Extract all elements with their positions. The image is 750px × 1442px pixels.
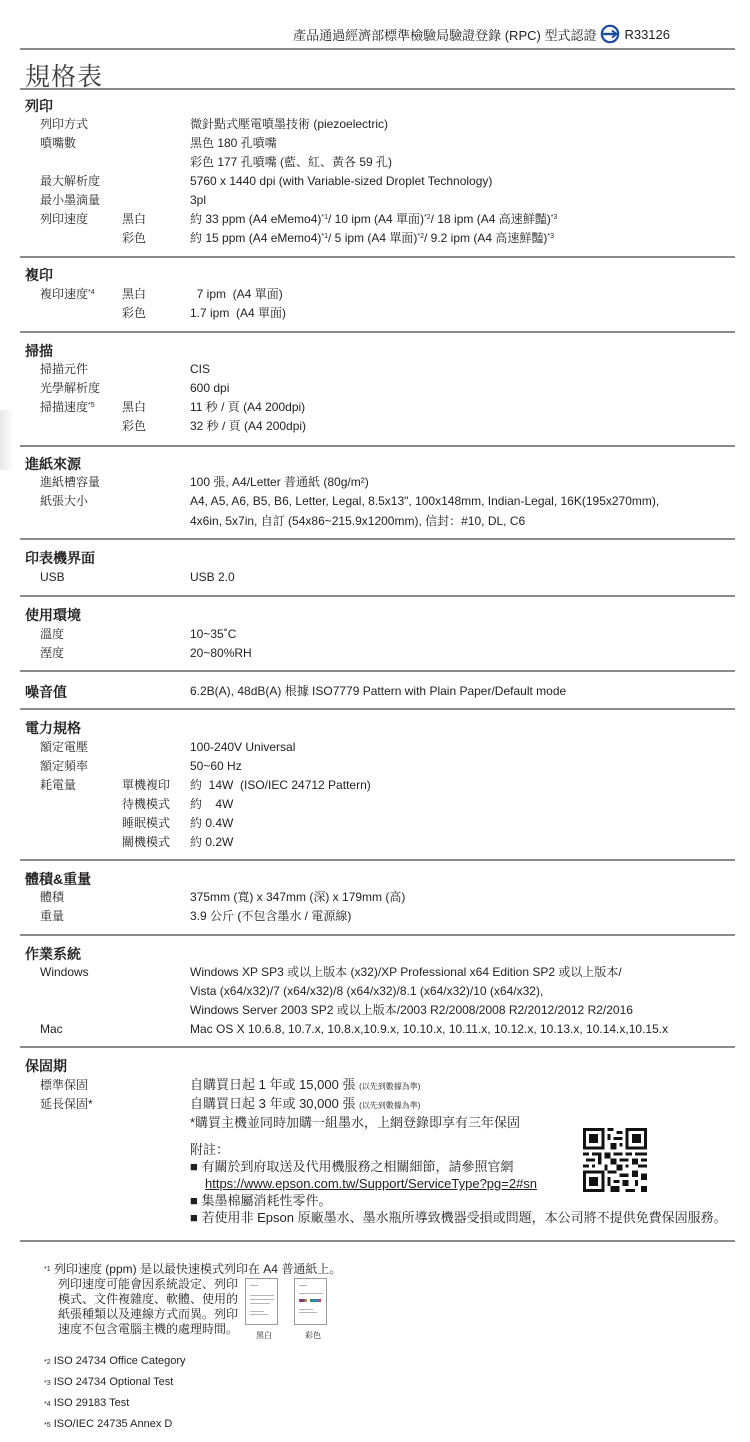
section-title-dimensions: 體積&重量 [25, 869, 91, 889]
value-note: (以先到數據為準) [359, 1101, 420, 1110]
spec-key: 體積 [40, 889, 64, 905]
footnote-body: 列印速度可能會因系統設定、列印 模式、文件複雜度、軟體、使用的 紙張種類以及連線… [58, 1277, 258, 1337]
spec-value: 11 秒 / 頁 (A4 200dpi) [190, 399, 305, 415]
spec-row: 進紙槽容量 100 張, A4/Letter 普通紙 (80g/m²) [0, 474, 750, 490]
section-title-power: 電力規格 [25, 718, 81, 738]
footnote-text: ISO/IEC 24735 Annex D [54, 1418, 173, 1430]
spec-value: 自購買日起 3 年或 30,000 張 (以先到數據為準) [190, 1096, 420, 1114]
spec-value: 約 15 ppm (A4 eMemo4)*1/ 5 ipm (A4 單面)*2/… [190, 230, 554, 246]
divider [20, 1046, 735, 1048]
footnote-mark: *3 [547, 233, 554, 240]
divider [20, 331, 735, 333]
spec-value: 1.7 ipm (A4 單面) [190, 305, 286, 321]
spec-key: USB [40, 569, 65, 585]
divider [20, 256, 735, 258]
thumb-label-bw: 黑白 [256, 1330, 272, 1341]
spec-value: 375mm (寬) x 347mm (深) x 179mm (高) [190, 889, 405, 905]
footnote-lead: *1 列印速度 (ppm) 是以最快速模式列印在 A4 普通紙上。 [44, 1262, 341, 1277]
footnote-mark: *5 [44, 1422, 51, 1429]
footnote-text: ISO 24734 Optional Test [54, 1376, 174, 1388]
spec-sub: 黑白 [122, 286, 146, 302]
spec-key: 複印速度*4 [40, 286, 95, 302]
spec-key: 重量 [40, 908, 64, 924]
spec-row: 列印速度 黑白 約 33 ppm (A4 eMemo4)*1/ 10 ipm (… [0, 211, 750, 227]
footnote-line: 速度不包含電腦主機的處理時間。 [58, 1322, 258, 1337]
footnote-text: ISO 29183 Test [54, 1397, 130, 1409]
divider [20, 670, 735, 672]
spec-key: 列印方式 [40, 116, 88, 132]
section-title-copy: 複印 [25, 265, 53, 285]
key-text: 複印速度 [40, 287, 88, 301]
note-text: 集墨棉屬消耗性零件。 [201, 1193, 331, 1208]
spec-sub: 關機模式 [122, 834, 170, 850]
value-part: 自購買日起 3 年或 30,000 張 [190, 1096, 355, 1111]
spec-key: 掃描速度*5 [40, 399, 95, 415]
value-part: / 10 ipm (A4 單面) [328, 212, 424, 226]
section-title-interface: 印表機界面 [25, 548, 95, 568]
divider [20, 48, 735, 50]
note-item: ■ 若使用非 Epson 原廠墨水、墨水瓶所導致機器受損或問題，本公司將不提供免… [190, 1209, 727, 1226]
footnote-mark: *4 [44, 1401, 51, 1408]
spec-row: 最小墨滴量 3pl [0, 192, 750, 208]
footnote-line: 模式、文件複雜度、軟體、使用的 [58, 1292, 258, 1307]
spec-value: 約 0.2W [190, 834, 233, 850]
spec-row: Mac Mac OS X 10.6.8, 10.7.x, 10.8.x,10.9… [0, 1021, 750, 1037]
spec-key: Mac [40, 1021, 63, 1037]
spec-row: 彩色 1.7 ipm (A4 單面) [0, 305, 750, 321]
spec-value: *購買主機並同時加購一組墨水，上網登錄即享有三年保固 [190, 1115, 520, 1131]
spec-value: 32 秒 / 頁 (A4 200dpi) [190, 418, 306, 434]
spec-value: 黑色 180 孔噴嘴 [190, 135, 277, 151]
spec-value: 約 14W (ISO/IEC 24712 Pattern) [190, 777, 371, 793]
divider [20, 934, 735, 936]
spec-row: 紙張大小 A4, A5, A6, B5, B6, Letter, Legal, … [0, 493, 750, 509]
spec-row: 最大解析度 5760 x 1440 dpi (with Variable-siz… [0, 173, 750, 189]
footnote-1: *1 列印速度 (ppm) 是以最快速模式列印在 A4 普通紙上。 列印速度可能… [44, 1262, 341, 1277]
spec-value: 3pl [190, 192, 206, 208]
spec-value: 100 張, A4/Letter 普通紙 (80g/m²) [190, 474, 369, 490]
footnote-mark: *2 [417, 233, 424, 240]
spec-value: 6.2B(A), 48dB(A) 根據 ISO7779 Pattern with… [190, 683, 566, 699]
spec-sub: 彩色 [122, 230, 146, 246]
spec-sub: 彩色 [122, 305, 146, 321]
spec-row: USB USB 2.0 [0, 569, 750, 585]
note-text: 若使用非 Epson 原廠墨水、墨水瓶所導致機器受損或問題，本公司將不提供免費保… [201, 1210, 726, 1225]
spec-row: Windows Server 2003 SP2 或以上版本/2003 R2/20… [0, 1002, 750, 1018]
spec-value: A4, A5, A6, B5, B6, Letter, Legal, 8.5x1… [190, 493, 659, 509]
spec-key: 標準保固 [40, 1077, 88, 1093]
divider [20, 859, 735, 861]
divider [20, 1240, 735, 1242]
spec-key: 額定頻率 [40, 758, 88, 774]
divider [20, 708, 735, 710]
value-part: / 18 ipm (A4 高速鮮豔) [431, 212, 551, 226]
footnote-mark: *2 [424, 214, 431, 221]
spec-key: 額定電壓 [40, 739, 88, 755]
spec-row: 關機模式 約 0.2W [0, 834, 750, 850]
spec-sub: 待機模式 [122, 796, 170, 812]
spec-row: 掃描速度*5 黑白 11 秒 / 頁 (A4 200dpi) [0, 399, 750, 415]
spec-key: 最小墨滴量 [40, 192, 100, 208]
spec-row: 光學解析度 600 dpi [0, 380, 750, 396]
spec-row: 待機模式 約 4W [0, 796, 750, 812]
key-text: 掃描速度 [40, 400, 88, 414]
spec-row: 延長保固* 自購買日起 3 年或 30,000 張 (以先到數據為準) [0, 1096, 750, 1112]
footnote-mark: *4 [88, 289, 95, 296]
spec-row: 彩色 32 秒 / 頁 (A4 200dpi) [0, 418, 750, 434]
spec-row: 標準保固 自購買日起 1 年或 15,000 張 (以先到數據為準) [0, 1077, 750, 1093]
value-part: 自購買日起 1 年或 15,000 張 [190, 1077, 355, 1092]
footnote-5: *5 ISO/IEC 24735 Annex D [44, 1418, 172, 1430]
divider [20, 595, 735, 597]
footnote-text: ISO 24734 Office Category [54, 1355, 186, 1367]
footnote-line: 紙張種類以及連線方式而異。列印 [58, 1307, 258, 1322]
spec-key: 耗電量 [40, 777, 76, 793]
footnote-line: 列印速度可能會因系統設定、列印 [58, 1277, 258, 1292]
spec-value: USB 2.0 [190, 569, 235, 585]
value-note: (以先到數據為準) [359, 1082, 420, 1091]
footnote-mark: *1 [321, 214, 328, 221]
spec-row: 列印方式 微針點式壓電噴墨技術 (piezoelectric) [0, 116, 750, 132]
spec-value: Vista (x64/x32)/7 (x64/x32)/8 (x64/x32)/… [190, 983, 543, 999]
spec-row: 噴嘴數 黑色 180 孔噴嘴 [0, 135, 750, 151]
note-item: ■ 集墨棉屬消耗性零件。 [190, 1192, 727, 1209]
footnote-mark: *1 [44, 1266, 51, 1273]
spec-value: 3.9 公斤 (不包含墨水 / 電源線) [190, 908, 351, 924]
value-part: 約 33 ppm (A4 eMemo4) [190, 212, 321, 226]
footnote-mark: *2 [44, 1359, 51, 1366]
certification-text: 產品通過經濟部標準檢驗局驗證登錄 (RPC) 型式認證 [293, 25, 596, 44]
divider [20, 88, 735, 90]
spec-key: 最大解析度 [40, 173, 100, 189]
spec-value: 5760 x 1440 dpi (with Variable-sized Dro… [190, 173, 492, 189]
certification-line: 產品通過經濟部標準檢驗局驗證登錄 (RPC) 型式認證 R33126 [0, 24, 670, 44]
bsmi-logo-icon [600, 24, 620, 44]
section-title-scan: 掃描 [25, 341, 53, 361]
sample-page-color-icon [294, 1278, 327, 1325]
spec-value: 10~35˚C [190, 626, 236, 642]
spec-value: Windows Server 2003 SP2 或以上版本/2003 R2/20… [190, 1002, 633, 1018]
section-title-environment: 使用環境 [25, 605, 81, 625]
spec-value: 50~60 Hz [190, 758, 242, 774]
bullet-icon: ■ [190, 1159, 198, 1174]
page-shadow [0, 410, 14, 470]
footnote-mark: *3 [551, 214, 558, 221]
spec-value: Windows XP SP3 或以上版本 (x32)/XP Profession… [190, 964, 622, 980]
spec-value: 20~80%RH [190, 645, 252, 661]
footnote-4: *4 ISO 29183 Test [44, 1397, 129, 1409]
spec-row: 彩色 177 孔噴嘴 (藍、紅、黃各 59 孔) [0, 154, 750, 170]
spec-value: 微針點式壓電噴墨技術 (piezoelectric) [190, 116, 388, 132]
bullet-icon: ■ [190, 1210, 198, 1225]
spec-key: 紙張大小 [40, 493, 88, 509]
footnote-3: *3 ISO 24734 Optional Test [44, 1376, 173, 1388]
footnote-mark: *1 [321, 233, 328, 240]
spec-key: 溫度 [40, 626, 64, 642]
section-title-warranty: 保固期 [25, 1056, 67, 1076]
spec-key: 延長保固* [40, 1096, 93, 1112]
spec-key: 噴嘴數 [40, 135, 76, 151]
qr-code-icon[interactable] [583, 1128, 647, 1192]
spec-row: 耗電量 單機複印 約 14W (ISO/IEC 24712 Pattern) [0, 777, 750, 793]
spec-key: 光學解析度 [40, 380, 100, 396]
section-title-print: 列印 [25, 96, 53, 116]
spec-sub: 黑白 [122, 211, 146, 227]
spec-key: Windows [40, 964, 89, 980]
footnote-2: *2 ISO 24734 Office Category [44, 1355, 186, 1367]
divider [20, 445, 735, 447]
spec-row: Vista (x64/x32)/7 (x64/x32)/8 (x64/x32)/… [0, 983, 750, 999]
spec-row: 4x6in, 5x7in, 自訂 (54x86~215.9x1200mm), 信… [0, 513, 750, 529]
section-title-os: 作業系統 [25, 944, 81, 964]
spec-value: 自購買日起 1 年或 15,000 張 (以先到數據為準) [190, 1077, 420, 1095]
spec-row: 額定電壓 100-240V Universal [0, 739, 750, 755]
spec-row: 溼度 20~80%RH [0, 645, 750, 661]
spec-row: 睡眠模式 約 0.4W [0, 815, 750, 831]
spec-value: 7 ipm (A4 單面) [190, 286, 283, 302]
spec-row: Windows Windows XP SP3 或以上版本 (x32)/XP Pr… [0, 964, 750, 980]
spec-sub: 黑白 [122, 399, 146, 415]
value-part: / 5 ipm (A4 單面) [328, 231, 417, 245]
spec-row: 體積 375mm (寬) x 347mm (深) x 179mm (高) [0, 889, 750, 905]
sample-page-bw-icon [245, 1278, 278, 1325]
spec-key: 列印速度 [40, 211, 88, 227]
bullet-icon: ■ [190, 1193, 198, 1208]
note-text: 有關於到府取送及代用機服務之相關細節，請參照官網 [201, 1159, 513, 1174]
spec-value: Mac OS X 10.6.8, 10.7.x, 10.8.x,10.9.x, … [190, 1021, 668, 1037]
certification-code: R33126 [624, 27, 670, 42]
footnote-mark: *5 [88, 402, 95, 409]
spec-value: CIS [190, 361, 210, 377]
spec-sub: 睡眠模式 [122, 815, 170, 831]
spec-value: 約 4W [190, 796, 233, 812]
footnote-mark: *3 [44, 1380, 51, 1387]
divider [20, 538, 735, 540]
spec-sub: 彩色 [122, 418, 146, 434]
service-link[interactable]: https://www.epson.com.tw/Support/Service… [205, 1176, 537, 1191]
spec-key: 進紙槽容量 [40, 474, 100, 490]
spec-sub: 單機複印 [122, 777, 170, 793]
value-part: / 9.2 ipm (A4 高速鮮豔) [424, 231, 547, 245]
spec-value: 100-240V Universal [190, 739, 295, 755]
value-part: 約 15 ppm (A4 eMemo4) [190, 231, 321, 245]
thumb-label-color: 彩色 [305, 1330, 321, 1341]
spec-row: 6.2B(A), 48dB(A) 根據 ISO7779 Pattern with… [0, 683, 750, 699]
spec-row: 彩色 約 15 ppm (A4 eMemo4)*1/ 5 ipm (A4 單面)… [0, 230, 750, 246]
spec-row: 溫度 10~35˚C [0, 626, 750, 642]
spec-value: 彩色 177 孔噴嘴 (藍、紅、黃各 59 孔) [190, 154, 392, 170]
spec-value: 約 0.4W [190, 815, 233, 831]
spec-key: 溼度 [40, 645, 64, 661]
spec-row: 重量 3.9 公斤 (不包含墨水 / 電源線) [0, 908, 750, 924]
section-title-paper: 進紙來源 [25, 454, 81, 474]
spec-value: 4x6in, 5x7in, 自訂 (54x86~215.9x1200mm), 信… [190, 513, 525, 529]
spec-key: 掃描元件 [40, 361, 88, 377]
spec-row: 掃描元件 CIS [0, 361, 750, 377]
spec-row: 額定頻率 50~60 Hz [0, 758, 750, 774]
footnote-text: 列印速度 (ppm) 是以最快速模式列印在 A4 普通紙上。 [54, 1262, 341, 1276]
spec-row: 複印速度*4 黑白 7 ipm (A4 單面) [0, 286, 750, 302]
spec-value: 600 dpi [190, 380, 229, 396]
spec-value: 約 33 ppm (A4 eMemo4)*1/ 10 ipm (A4 單面)*2… [190, 211, 557, 227]
